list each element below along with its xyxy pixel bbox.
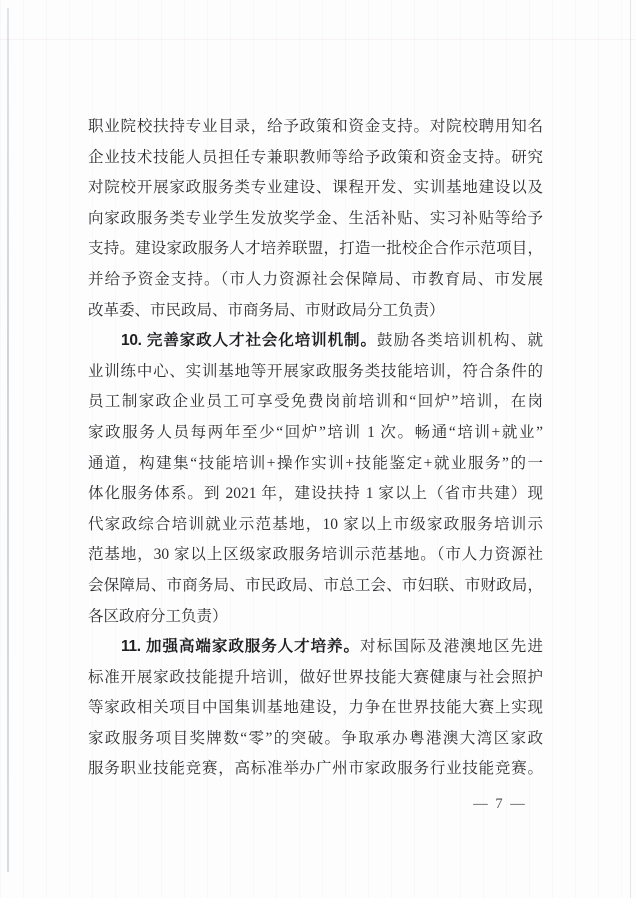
item-10-heading: 10. 完善家政人才社会化培训机制。 xyxy=(121,332,377,349)
document-body: 职业院校扶持专业目录，给予政策和资金支持。对院校聘用知名 企业技术技能人员担任专… xyxy=(88,112,543,785)
text-line: 职业院校扶持专业目录，给予政策和资金支持。对院校聘用知名 xyxy=(88,112,543,143)
text-line: 对院校开展家政服务类专业建设、课程开发、实训基地建设以及 xyxy=(88,173,543,204)
text-line: 业训练中心、实训基地等开展家政服务类技能培训，符合条件的 xyxy=(88,357,543,388)
page-left-edge-line xyxy=(7,8,9,872)
text-line: 向家政服务类专业学生发放奖学金、生活补贴、实习补贴等给予 xyxy=(88,204,543,235)
text-line: 并给予资金支持。（市人力资源社会保障局、市教育局、市发展 xyxy=(88,265,543,296)
text-line: 改革委、市民政局、市商务局、市财政局分工负责） xyxy=(88,296,543,327)
text-line: 家政服务人员每两年至少“回炉”培训 1 次。畅通“培训+就业” xyxy=(88,418,543,449)
text-run: 对标国际及港澳地区先进 xyxy=(360,638,543,655)
text-line: 员工制家政企业员工可享受免费岗前培训和“回炉”培训，在岗 xyxy=(88,387,543,418)
text-line: 企业技术技能人员担任专兼职教师等给予政策和资金支持。研究 xyxy=(88,143,543,174)
text-line: 家政服务项目奖牌数“零”的突破。争取承办粤港澳大湾区家政 xyxy=(88,724,543,755)
text-line: 标准开展家政技能提升培训，做好世界技能大赛健康与社会照护 xyxy=(88,663,543,694)
text-line-item-10: 10. 完善家政人才社会化培训机制。鼓励各类培训机构、就 xyxy=(88,326,543,357)
text-line: 支持。建设家政服务人才培养联盟，打造一批校企合作示范项目， xyxy=(88,234,543,265)
page-number: — 7 — xyxy=(460,796,540,813)
text-line: 会保障局、市商务局、市民政局、市总工会、市妇联、市财政局， xyxy=(88,571,543,602)
text-line-item-11: 11. 加强高端家政服务人才培养。对标国际及港澳地区先进 xyxy=(88,632,543,663)
text-line: 通道，构建集“技能培训+操作实训+技能鉴定+就业服务”的一 xyxy=(88,449,543,480)
text-line: 各区政府分工负责） xyxy=(88,602,543,633)
text-line: 等家政相关项目中国集训基地建设，力争在世界技能大赛上实现 xyxy=(88,693,543,724)
text-line: 范基地，30 家以上区级家政服务培训示范基地。（市人力资源社 xyxy=(88,540,543,571)
page-right-edge-line xyxy=(630,0,631,898)
item-11-heading: 11. 加强高端家政服务人才培养。 xyxy=(121,638,360,655)
text-line: 体化服务体系。到 2021 年，建设扶持 1 家以上（省市共建）现 xyxy=(88,479,543,510)
text-run: 鼓励各类培训机构、就 xyxy=(377,332,543,349)
scan-artifact-line xyxy=(0,39,636,40)
scanned-document-page: { "page": { "number_label": "— 7 —" }, "… xyxy=(0,0,636,898)
text-line: 代家政综合培训就业示范基地，10 家以上市级家政服务培训示 xyxy=(88,510,543,541)
text-line: 服务职业技能竞赛，高标准举办广州市家政服务行业技能竞赛。 xyxy=(88,754,543,785)
